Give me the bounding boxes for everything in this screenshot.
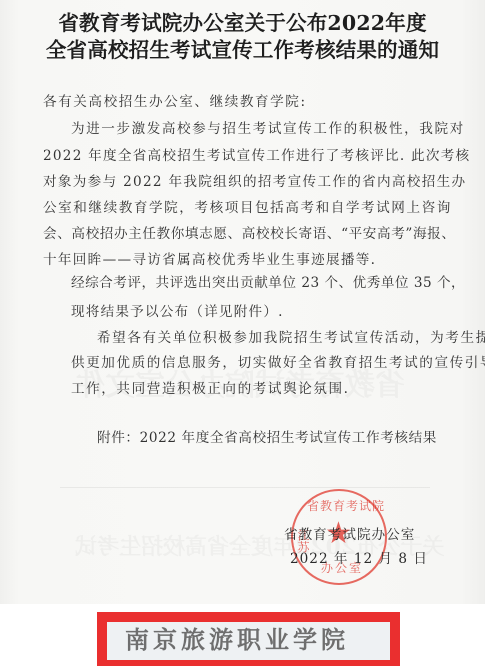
seal-top-text: 省教育考试院 <box>307 497 385 514</box>
attachment-note: 附件：2022 年度全省高校招生考试宣传工作考核结果 <box>97 426 437 446</box>
body-line: 希望各有关单位积极参加我院招生考试宣传活动，为考生提 <box>97 326 485 346</box>
body-line: 公室和继续教育学院，考核项目包括高考和自学考试网上咨询 <box>43 196 452 216</box>
signature-date: 2022 年 12 月 8 日 <box>290 547 428 567</box>
body-line: 供更加优质的信息服务，切实做好全省教育招生考试的宣传引导 <box>71 351 485 371</box>
body-line: 经综合考评，共评选出突出贡献单位 23 个、优秀单位 35 个， <box>71 271 465 291</box>
body-line: 2022 年度全省高校招生考试宣传工作进行了考核评比. 此次考核 <box>43 144 470 164</box>
notice-document-page: 省教育考试院办公室文件 关于公布2022年度全省高校招生考试 省教育考试院办公室… <box>0 0 485 604</box>
notice-title-line-2: 全省高校招生考试宣传工作考核结果的通知 <box>0 33 485 63</box>
notice-title-line-1: 省教育考试院办公室关于公布2022年度 <box>0 6 485 36</box>
divider <box>60 487 430 488</box>
body-line: 为进一步激发高校参与招生考试宣传工作的积极性，我院对 <box>71 117 465 137</box>
school-name-banner: 南京旅游职业学院 <box>97 612 400 666</box>
salutation: 各有关高校招生办公室、继续教育学院: <box>43 90 307 110</box>
body-line: 对象为参与 2022 年我院组织的招考宣传工作的省内高校招生办 <box>43 170 466 190</box>
body-line: 现将结果予以公布（详见附件）. <box>71 300 284 320</box>
body-line: 会、高校招办主任教你填志愿、高校校长寄语、“平安高考”海报、 <box>43 222 456 242</box>
body-line: 工作，共同营造积极正向的考试舆论氛围. <box>71 377 349 397</box>
signature-organization: 省教育考试院办公室 <box>284 523 415 543</box>
body-line: 十年回眸——寻访省属高校优秀毕业生事迹展播等. <box>43 248 376 268</box>
school-name-label: 南京旅游职业学院 <box>107 622 390 660</box>
